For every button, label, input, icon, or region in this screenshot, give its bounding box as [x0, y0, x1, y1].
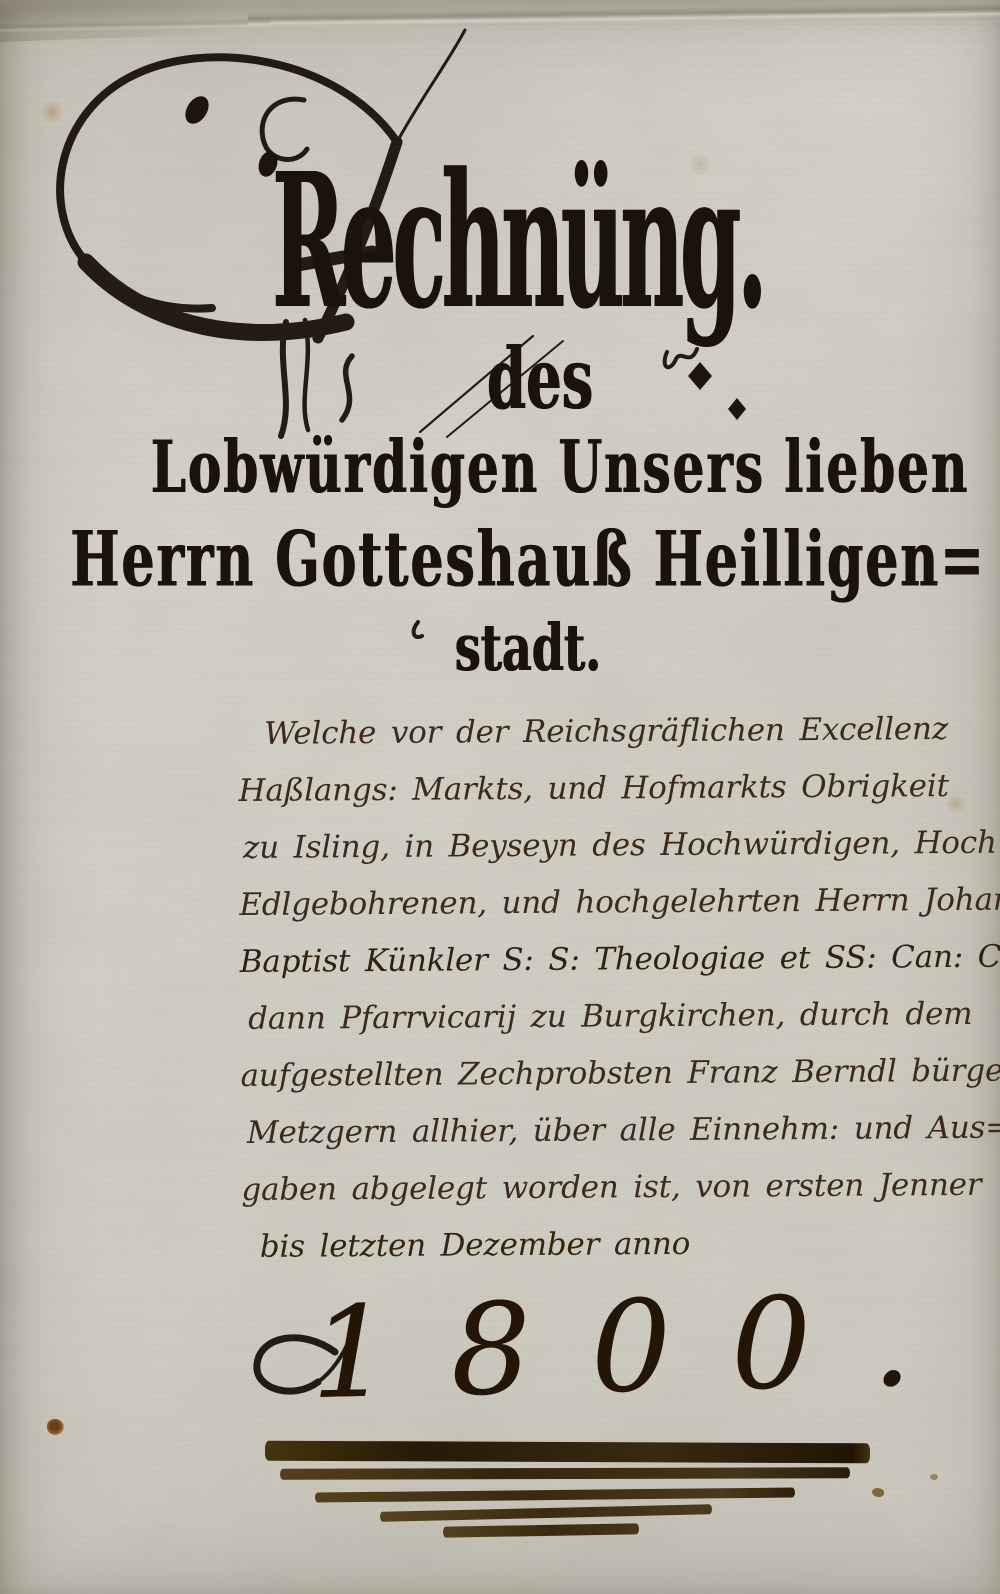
manuscript-page: Rechnüng. des Lobwürdigen Unsers lieben …	[0, 0, 1000, 1594]
ink-stain	[47, 1419, 64, 1435]
foxing-spot	[40, 100, 64, 124]
manuscript-text-line: Welche vor der Reichsgräflichen Excellen…	[238, 701, 968, 763]
manuscript-text-line: zu Isling, in Beyseyn des Hochwürdigen, …	[239, 815, 969, 877]
ornamental-rule	[315, 1487, 795, 1502]
document-year: 1800.	[309, 1266, 973, 1427]
body-paragraph: Welche vor der Reichsgräflichen Excellen…	[238, 701, 972, 1276]
subtitle-line-gotteshaus: Herrn Gotteshauß Heilligen=	[70, 516, 985, 604]
subtitle-line-stadt: stadt.	[455, 610, 601, 686]
manuscript-text-line: Haßlangs: Markts, und Hofmarkts Obrigkei…	[238, 758, 968, 820]
ink-fleck	[930, 1474, 938, 1480]
manuscript-text-line: dann Pfarrvicarij zu Burgkirchen, durch …	[240, 986, 970, 1048]
ink-diamond-dot	[688, 362, 712, 390]
manuscript-text-line: Metzgern allhier, über alle Einnehm: und…	[241, 1100, 971, 1162]
document-title: Rechnüng.	[272, 132, 763, 350]
subtitle-line-lobwuerdigen: Lobwürdigen Unsers lieben	[151, 424, 969, 510]
ornamental-rule	[443, 1523, 639, 1537]
ink-diamond-dot	[728, 398, 746, 420]
ornamental-rule	[280, 1467, 850, 1479]
manuscript-text-line: gaben abgelegt worden ist, von ersten Je…	[241, 1157, 971, 1219]
subtitle-line-des: des	[487, 330, 593, 429]
manuscript-text-line: aufgestellten Zechprobsten Franz Berndl …	[240, 1043, 970, 1105]
ornamental-rule	[380, 1504, 712, 1522]
ink-fleck	[871, 1486, 885, 1499]
manuscript-text-line: Edlgebohrenen, und hochgelehrten Herrn J…	[239, 872, 969, 934]
ornamental-rule	[265, 1441, 870, 1464]
manuscript-text-line: Baptist Künkler S: S: Theologiae et SS: …	[240, 929, 970, 991]
manuscript-text-line: bis letzten Dezember anno	[242, 1214, 972, 1276]
